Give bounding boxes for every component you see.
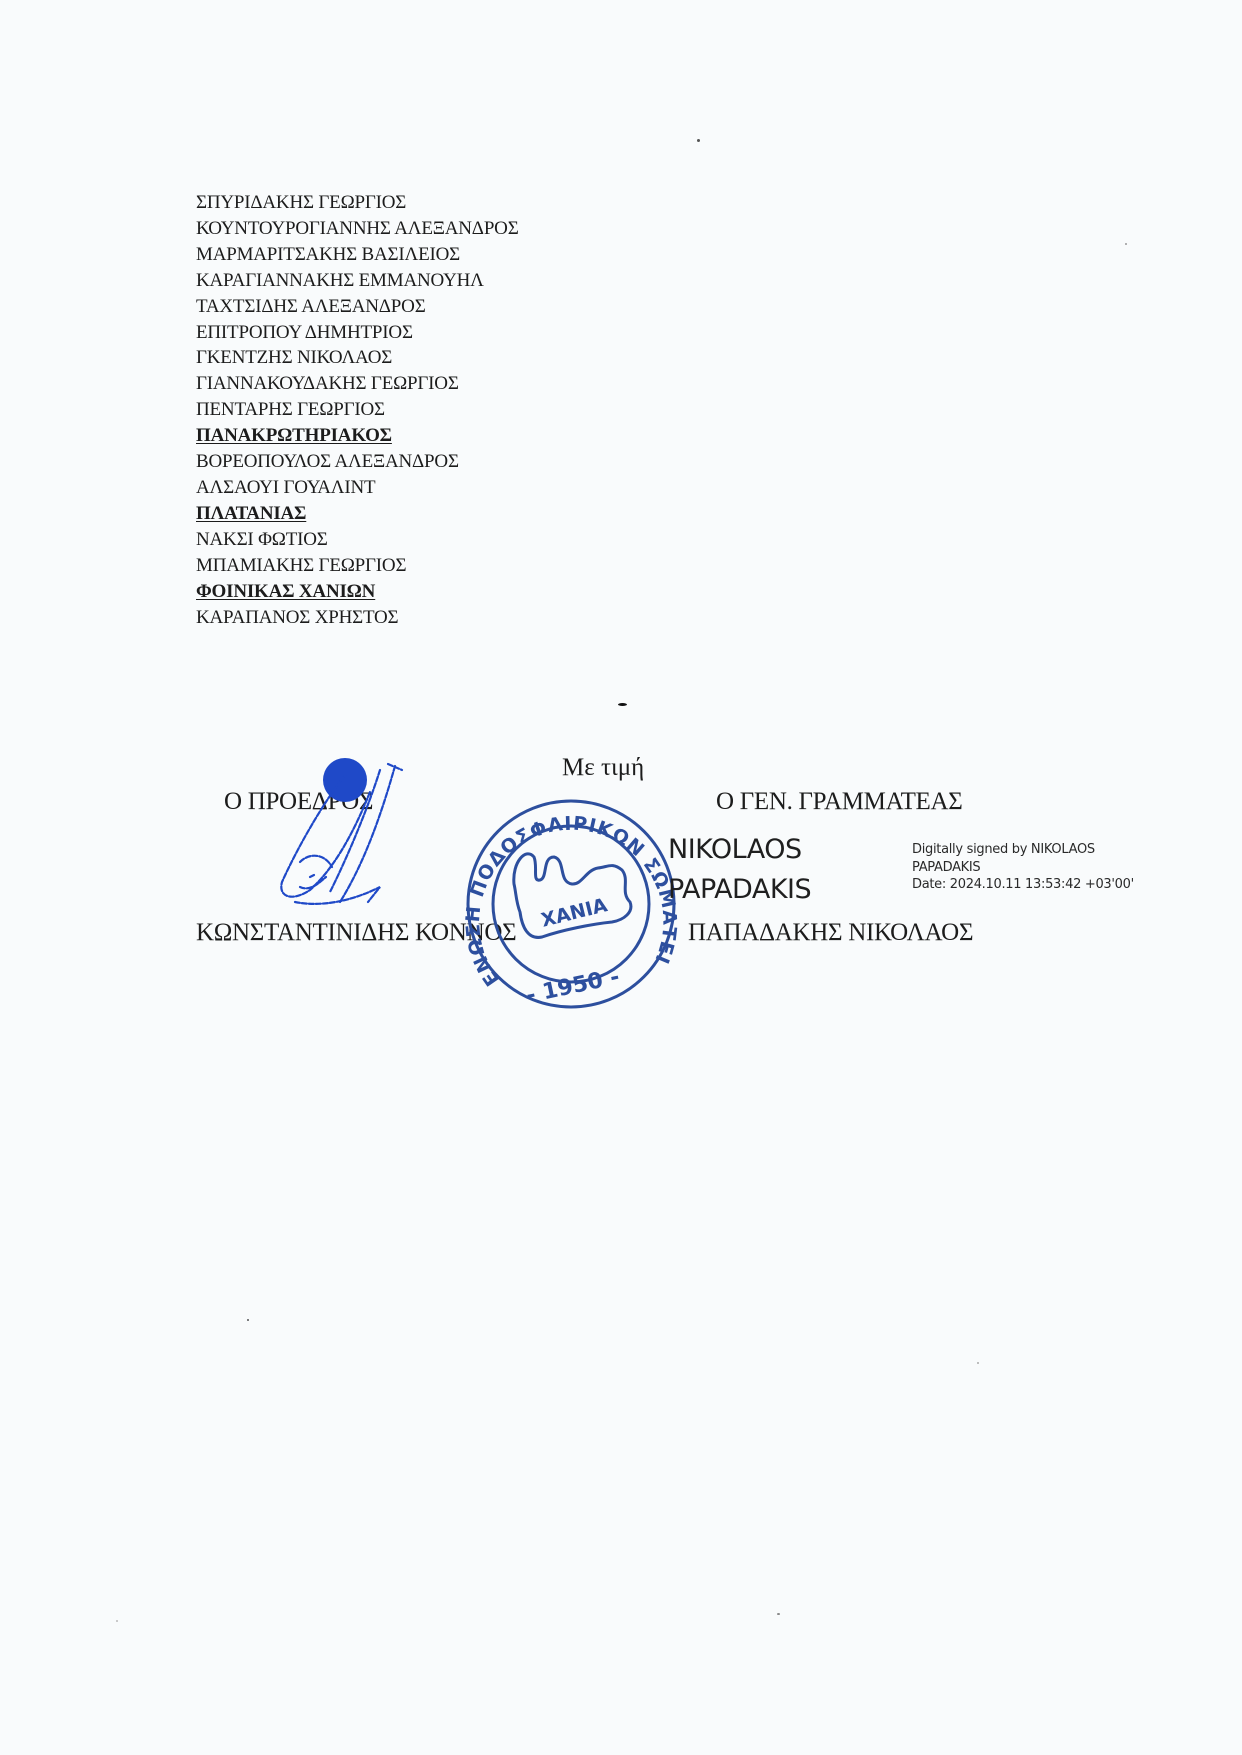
club-heading: ΠΛΑΤΑΝΙΑΣ [196,501,519,527]
player-name: ΑΛΣΑΟΥΙ ΓΟΥΑΛΙΝΤ [196,475,519,501]
player-name: ΚΑΡΑΓΙΑΝΝΑΚΗΣ ΕΜΜΑΝΟΥΗΛ [196,268,519,294]
player-name: ΚΑΡΑΠΑΝΟΣ ΧΡΗΣΤΟΣ [196,605,519,631]
secretary-name: ΠΑΠΑΔΑΚΗΣ ΝΙΚΟΛΑΟΣ [688,919,973,947]
player-name: ΒΟΡΕΟΠΟΥΛΟΣ ΑΛΕΞΑΝΔΡΟΣ [196,449,519,475]
svg-text:ΧΑΝΙΑ: ΧΑΝΙΑ [539,894,610,932]
secretary-title: Ο ΓΕΝ. ΓΡΑΜΜΑΤΕΑΣ [716,788,963,816]
player-name: ΓΙΑΝΝΑΚΟΥΔΑΚΗΣ ΓΕΩΡΓΙΟΣ [196,371,519,397]
player-name: ΝΑΚΣΙ ΦΩΤΙΟΣ [196,527,519,553]
club-heading: ΠΑΝΑΚΡΩΤΗΡΙΑΚΟΣ [196,423,519,449]
player-roster: ΣΠΥΡΙΔΑΚΗΣ ΓΕΩΡΓΙΟΣΚΟΥΝΤΟΥΡΟΓΙΑΝΝΗΣ ΑΛΕΞ… [196,190,519,630]
svg-text:ΕΝΩΣΗ ΠΟΔΟΣΦΑΙΡΙΚΩΝ ΣΩΜΑΤΕΙΩΝ: ΕΝΩΣΗ ΠΟΔΟΣΦΑΙΡΙΚΩΝ ΣΩΜΑΤΕΙΩΝ ΧΑΝΙΩΝ [462,752,680,990]
digital-signature-info: Digitally signed by NIKOLAOS PAPADAKIS D… [912,841,1134,894]
digital-signature-line: PAPADAKIS [912,859,1134,877]
player-name: ΜΑΡΜΑΡΙΤΣΑΚΗΣ ΒΑΣΙΛΕΙΟΣ [196,242,519,268]
player-name: ΠΕΝΤΑΡΗΣ ΓΕΩΡΓΙΟΣ [196,397,519,423]
player-name: ΤΑΧΤΣΙΔΗΣ ΑΛΕΞΑΝΔΡΟΣ [196,294,519,320]
document-page: ΣΠΥΡΙΔΑΚΗΣ ΓΕΩΡΓΙΟΣΚΟΥΝΤΟΥΡΟΓΙΑΝΝΗΣ ΑΛΕΞ… [0,0,1242,1755]
scan-speck [697,139,700,142]
handwritten-signature-icon [270,752,430,912]
scan-speck [977,1362,979,1364]
player-name: ΕΠΙΤΡΟΠΟΥ ΔΗΜΗΤΡΙΟΣ [196,320,519,346]
digital-signature-line: Digitally signed by NIKOLAOS [912,841,1134,859]
digital-signer-first-name: NIKOLAOS [668,830,811,870]
organization-stamp-icon: ΕΝΩΣΗ ΠΟΔΟΣΦΑΙΡΙΚΩΝ ΣΩΜΑΤΕΙΩΝ ΧΑΝΙΩΝ ΧΑΝ… [462,752,680,1022]
digital-signer-last-name: PAPADAKIS [668,870,811,910]
player-name: ΚΟΥΝΤΟΥΡΟΓΙΑΝΝΗΣ ΑΛΕΞΑΝΔΡΟΣ [196,216,519,242]
player-name: ΓΚΕΝΤΖΗΣ ΝΙΚΟΛΑΟΣ [196,345,519,371]
scan-speck [247,1319,249,1321]
club-heading: ΦΟΙΝΙΚΑΣ ΧΑΝΙΩΝ [196,579,519,605]
svg-text:- 1950 -: - 1950 - [524,965,622,1009]
scan-speck [116,1620,118,1622]
digital-signature-date: Date: 2024.10.11 13:53:42 +03'00' [912,876,1134,894]
player-name: ΜΠΑΜΙΑΚΗΣ ΓΕΩΡΓΙΟΣ [196,553,519,579]
scan-speck [1125,243,1127,245]
scan-speck [777,1613,780,1615]
digital-signer-name: NIKOLAOS PAPADAKIS [668,830,811,910]
scan-speck [618,703,627,706]
player-name: ΣΠΥΡΙΔΑΚΗΣ ΓΕΩΡΓΙΟΣ [196,190,519,216]
